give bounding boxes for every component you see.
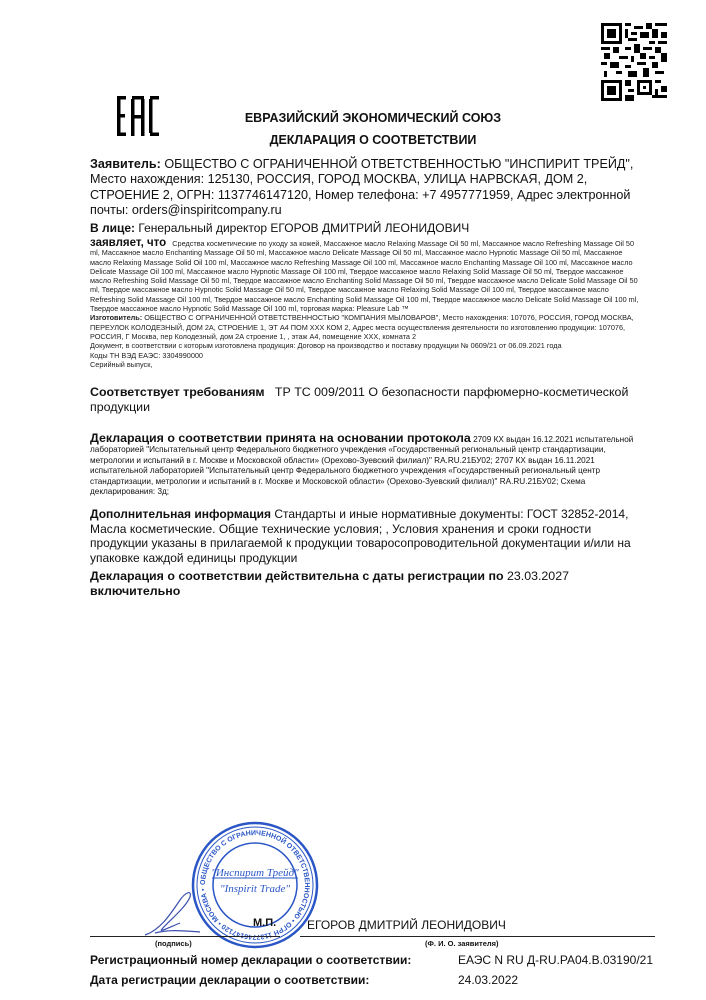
requirements-label: Соответствует требованиям [90,385,265,399]
registration-date-label: Дата регистрации декларации о соответств… [90,973,650,987]
qr-code-icon [601,22,667,102]
signature-caption: (подпись) [155,939,192,948]
name-line [300,936,655,937]
manufacturer-label: Изготовитель: [90,313,142,322]
declares-section: заявляет, что Средства косметические по … [90,239,640,369]
additional-label: Дополнительная информация [90,507,271,521]
name-caption: (Ф. И. О. заявителя) [425,939,499,948]
validity-section: Декларация о соответствии действительна … [90,569,640,599]
protocol-label: Декларация о соответствии принята на осн… [90,431,471,445]
signature-line [90,936,280,937]
validity-label: Декларация о соответствии действительна … [90,569,504,583]
union-title: ЕВРАЗИЙСКИЙ ЭКОНОМИЧЕСКИЙ СОЮЗ [0,111,706,125]
validity-date: 23.03.2027 [507,569,569,583]
applicant-section: Заявитель: ОБЩЕСТВО С ОГРАНИЧЕННОЙ ОТВЕТ… [90,157,640,219]
additional-section: Дополнительная информация Стандарты и ин… [90,507,640,565]
manufacturer-text: ОБЩЕСТВО С ОГРАНИЧЕННОЙ ОТВЕТСТВЕННОСТЬЮ… [90,313,634,341]
applicant-text: ОБЩЕСТВО С ОГРАНИЧЕННОЙ ОТВЕТСТВЕННОСТЬЮ… [90,157,633,217]
signature-scribble [140,885,210,940]
person-label: В лице: [90,221,135,235]
applicant-label: Заявитель: [90,157,161,171]
tnved-line: Коды ТН ВЭД ЕАЭС: 3304990000 [90,351,203,360]
validity-suffix: включительно [90,584,180,598]
document-line: Документ, в соответствии с которым изгот… [90,341,562,350]
declares-label: заявляет, что [90,237,166,249]
mp-label: М.П. [253,917,276,929]
products-text: Средства косметические по уходу за кожей… [90,239,638,313]
person-text: Генеральный директор ЕГОРОВ ДМИТРИЙ ЛЕОН… [138,221,469,235]
registration-number-value: ЕАЭС N RU Д-RU.PA04.B.03190/21 [458,953,653,967]
signer-name: ЕГОРОВ ДМИТРИЙ ЛЕОНИДОВИЧ [307,918,506,932]
person-section: В лице: Генеральный директор ЕГОРОВ ДМИТ… [90,221,640,235]
stamp-text-en: "Inspirit Trade" [220,883,290,895]
registration-date-value: 24.03.2022 [458,973,518,987]
protocol-section: Декларация о соответствии принята на осн… [90,433,640,497]
requirements-section: Соответствует требованиям ТР ТС 009/2011… [90,385,640,416]
stamp-text-ru: "Инспирит Трейд" [211,867,299,879]
serial-line: Серийный выпуск, [90,360,152,369]
document-title: ДЕКЛАРАЦИЯ О СООТВЕТСТВИИ [0,133,706,147]
